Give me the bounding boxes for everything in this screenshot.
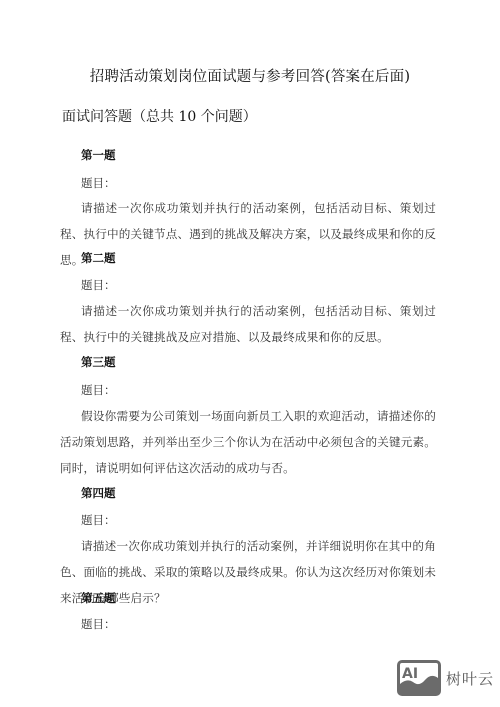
question-4-heading: 第四题 (81, 486, 116, 500)
section-heading: 面试问答题（总共 10 个问题） (62, 108, 257, 126)
question-5-heading: 第五题 (81, 591, 116, 605)
ai-image-logo-icon: AI (397, 660, 441, 696)
question-4-label: 题目： (81, 513, 116, 527)
watermark: AI 树叶云 (397, 660, 494, 696)
question-1-label: 题目： (81, 176, 116, 190)
question-3-body: 假设你需要为公司策划一场面向新员工入职的欢迎活动，请描述你的活动策划思路，并列举… (60, 403, 436, 481)
question-5-label: 题目： (81, 617, 116, 631)
svg-text:AI: AI (402, 666, 418, 682)
question-2-heading: 第二题 (81, 251, 116, 265)
question-1-heading: 第一题 (81, 148, 116, 162)
question-3-label: 题目： (81, 383, 116, 397)
question-2-body: 请描述一次你成功策划并执行的活动案例，包括活动目标、策划过程、执行中的关键挑战及… (60, 298, 436, 350)
document-title: 招聘活动策划岗位面试题与参考回答(答案在后面) (0, 68, 500, 86)
question-4-body: 请描述一次你成功策划并执行的活动案例，并详细说明你在其中的角色、面临的挑战、采取… (60, 533, 436, 611)
question-1-body: 请描述一次你成功策划并执行的活动案例，包括活动目标、策划过程、执行中的关键节点、… (60, 195, 436, 273)
question-3-heading: 第三题 (81, 355, 116, 369)
question-2-label: 题目： (81, 278, 116, 292)
watermark-brand: 树叶云 (446, 668, 494, 689)
document-page: 招聘活动策划岗位面试题与参考回答(答案在后面) 面试问答题（总共 10 个问题）… (0, 0, 500, 707)
